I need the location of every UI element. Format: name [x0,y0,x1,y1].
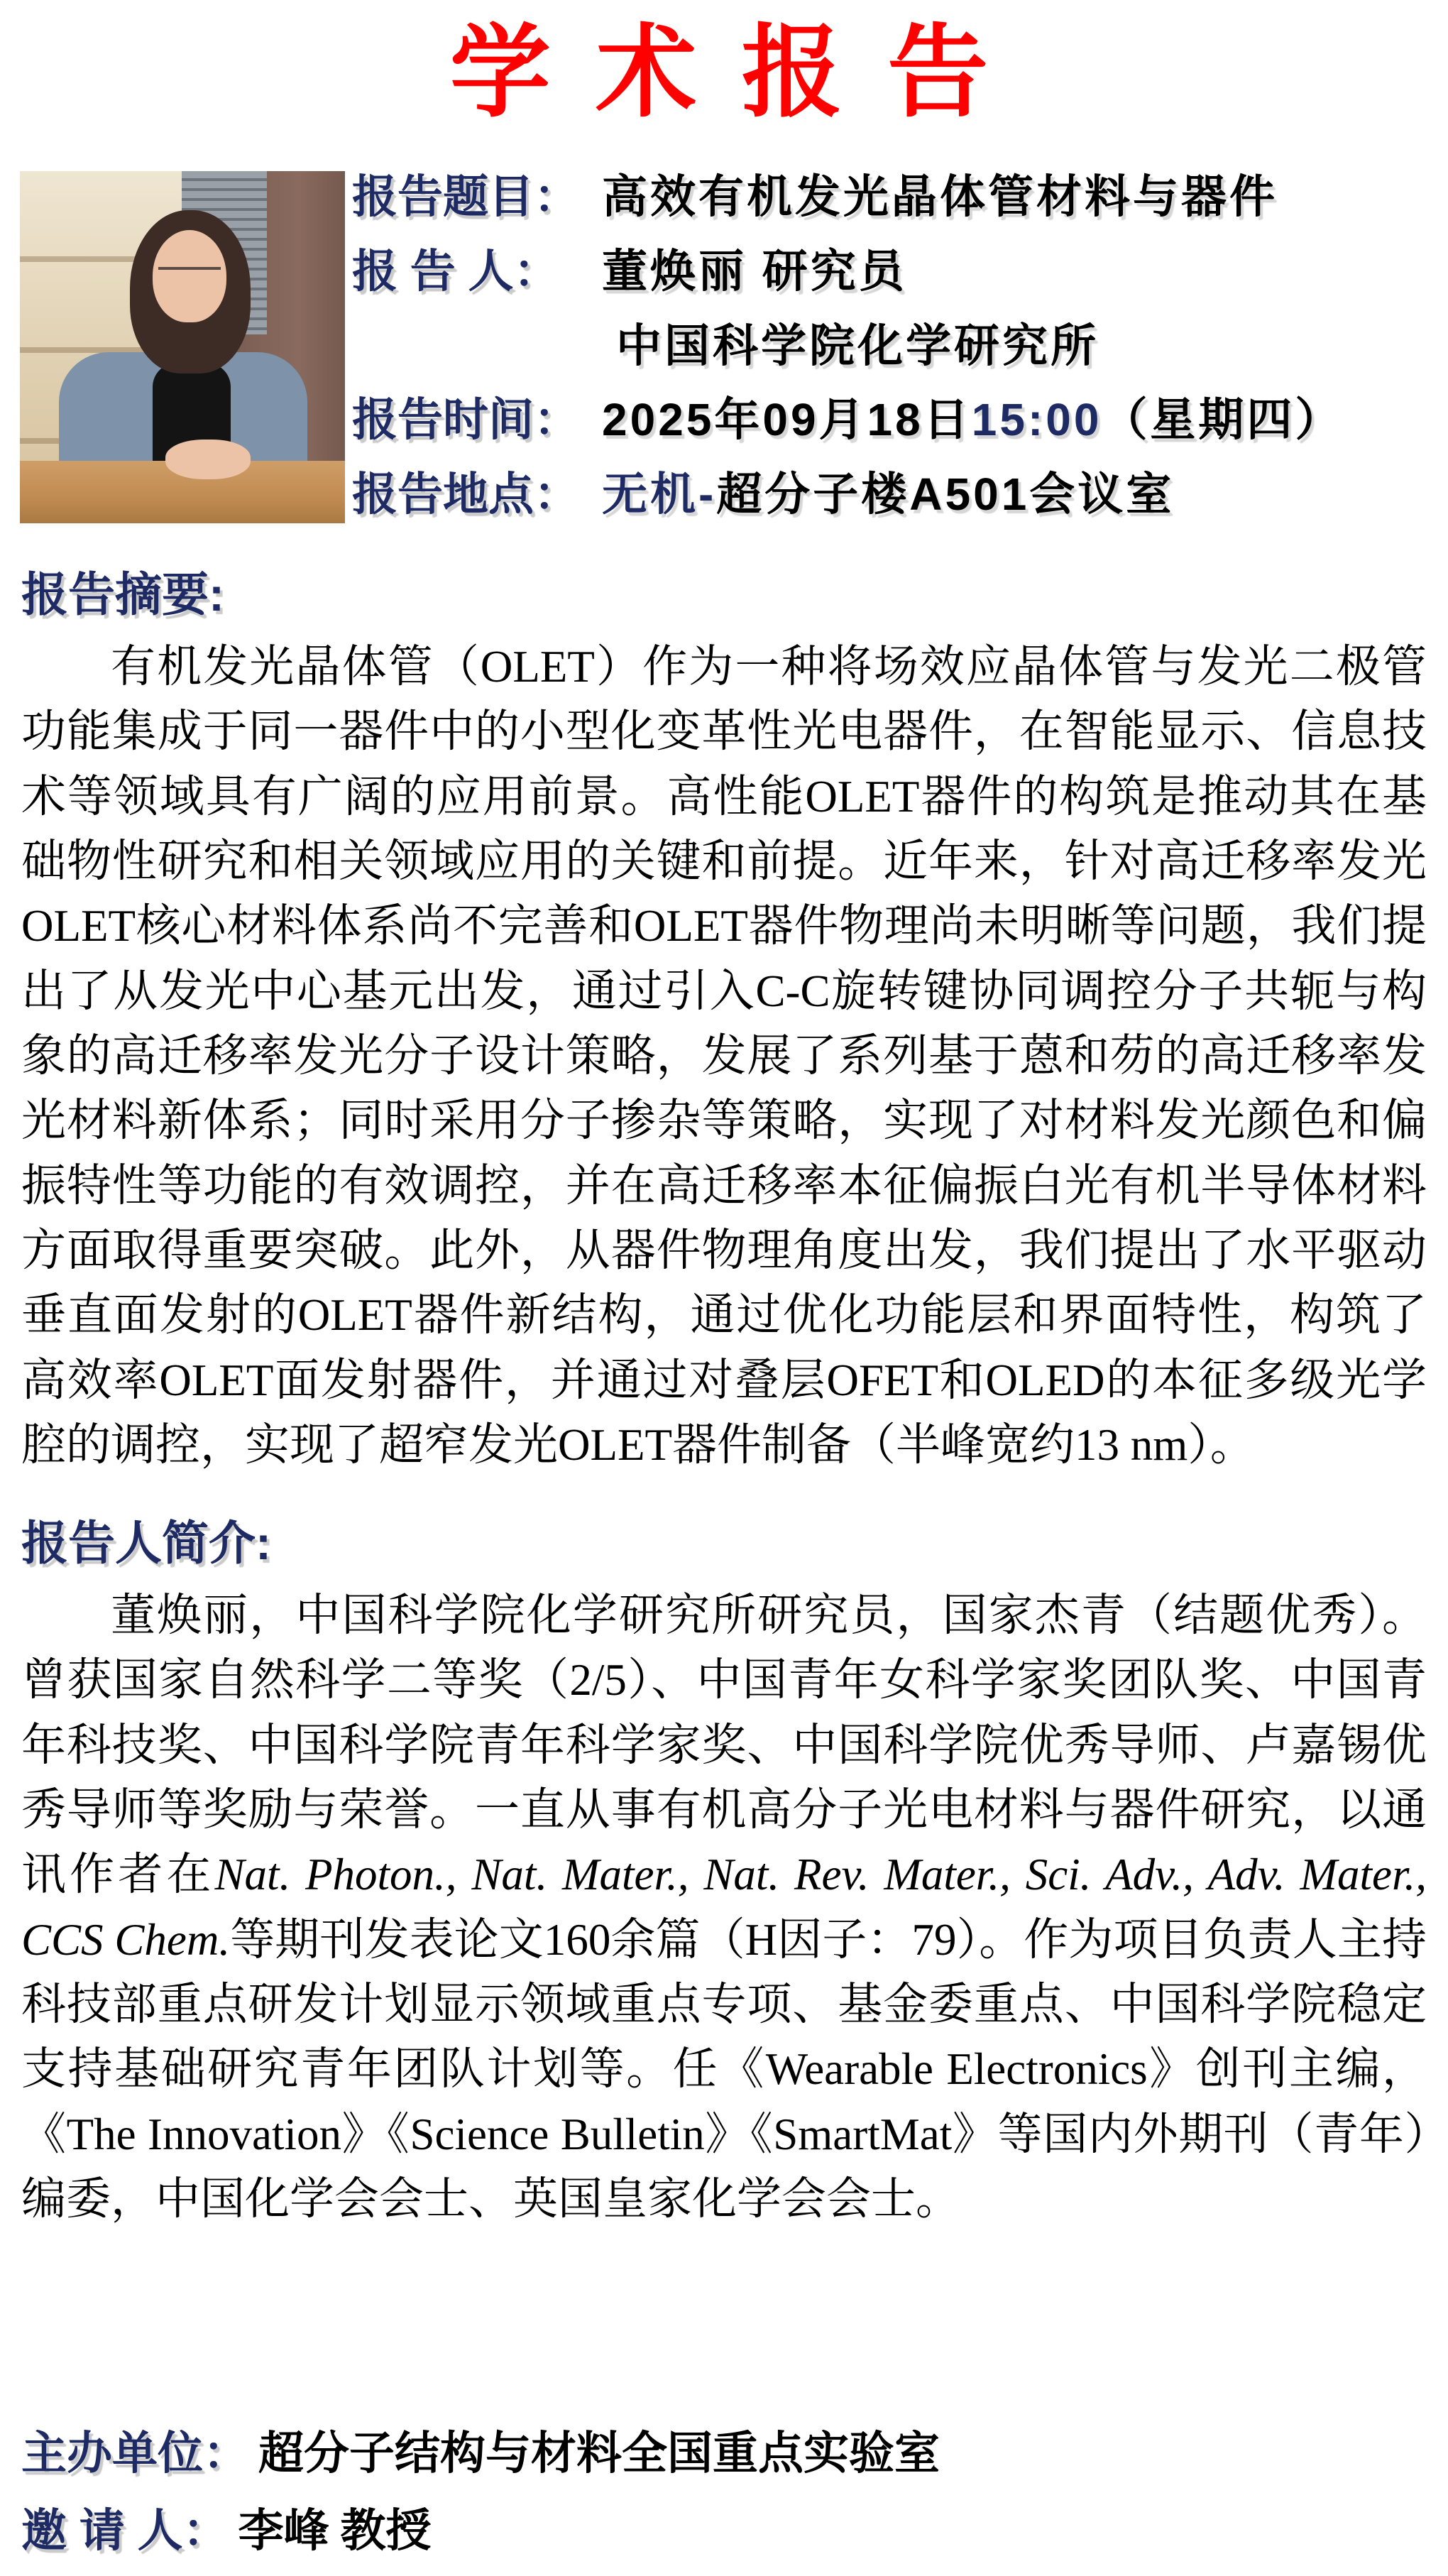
bio-paragraph: 董焕丽，中国科学院化学研究所研究员，国家杰青（结题优秀）。曾获国家自然科学二等奖… [21,1583,1427,2232]
inviter-value: 李峰 教授 [238,2506,432,2556]
organizer-label: 主办单位： [21,2428,248,2479]
page-title: 学 术 报 告 [0,16,1448,131]
venue-highlight: 无机- [602,469,716,520]
report-title-label: 报告题目： [352,173,602,222]
time-row: 报告时间：2025年09月18日15:00（星期四） [352,395,1427,444]
abstract-paragraph: 有机发光晶体管（OLET）作为一种将场效应晶体管与发光二极管功能集成于同一器件中… [21,635,1427,1478]
speaker-value: 董焕丽 研究员 [602,246,907,297]
time-clock: 15:00 [972,394,1102,445]
abstract-heading: 报告摘要: [21,569,1448,621]
header-info-section: 报告题目：高效有机发光晶体管材料与器件 报 告 人：董焕丽 研究员 中国科学院化… [20,171,1427,523]
info-lines: 报告题目：高效有机发光晶体管材料与器件 报 告 人：董焕丽 研究员 中国科学院化… [352,171,1427,523]
affiliation-row: 中国科学院化学研究所 [352,322,1427,371]
report-title-row: 报告题目：高效有机发光晶体管材料与器件 [352,173,1427,222]
bio-text-part2: 等期刊发表论文160余篇（H因子：79）。作为项目负责人主持科技部重点研发计划显… [21,1915,1427,2224]
time-label: 报告时间： [352,395,602,444]
speaker-affiliation: 中国科学院化学研究所 [616,320,1099,371]
speaker-label: 报 告 人： [352,247,602,296]
venue-label: 报告地点： [352,470,602,519]
speaker-row: 报 告 人：董焕丽 研究员 [352,247,1427,296]
inviter-row: 邀 请 人：李峰 教授 [21,2505,940,2558]
inviter-label: 邀 请 人： [21,2505,229,2556]
photo-person-hands [165,440,251,479]
organizer-value: 超分子结构与材料全国重点实验室 [258,2428,940,2479]
speaker-photo [20,171,345,523]
report-title-value: 高效有机发光晶体管材料与器件 [602,171,1278,222]
venue-row: 报告地点：无机-超分子楼A501会议室 [352,470,1427,519]
organizer-row: 主办单位：超分子结构与材料全国重点实验室 [21,2428,940,2480]
time-date: 2025年09月18日 [602,394,972,445]
lecture-poster: 学 术 报 告 报告题目：高效有机发光晶体管材料与器件 [0,0,1448,2576]
photo-person-glasses [158,267,221,281]
bio-heading: 报告人简介: [21,1517,1448,1569]
footer-section: 主办单位：超分子结构与材料全国重点实验室 邀 请 人：李峰 教授 [21,2402,940,2558]
venue-value: 超分子楼A501会议室 [716,469,1174,520]
time-weekday: （星期四） [1102,394,1343,445]
